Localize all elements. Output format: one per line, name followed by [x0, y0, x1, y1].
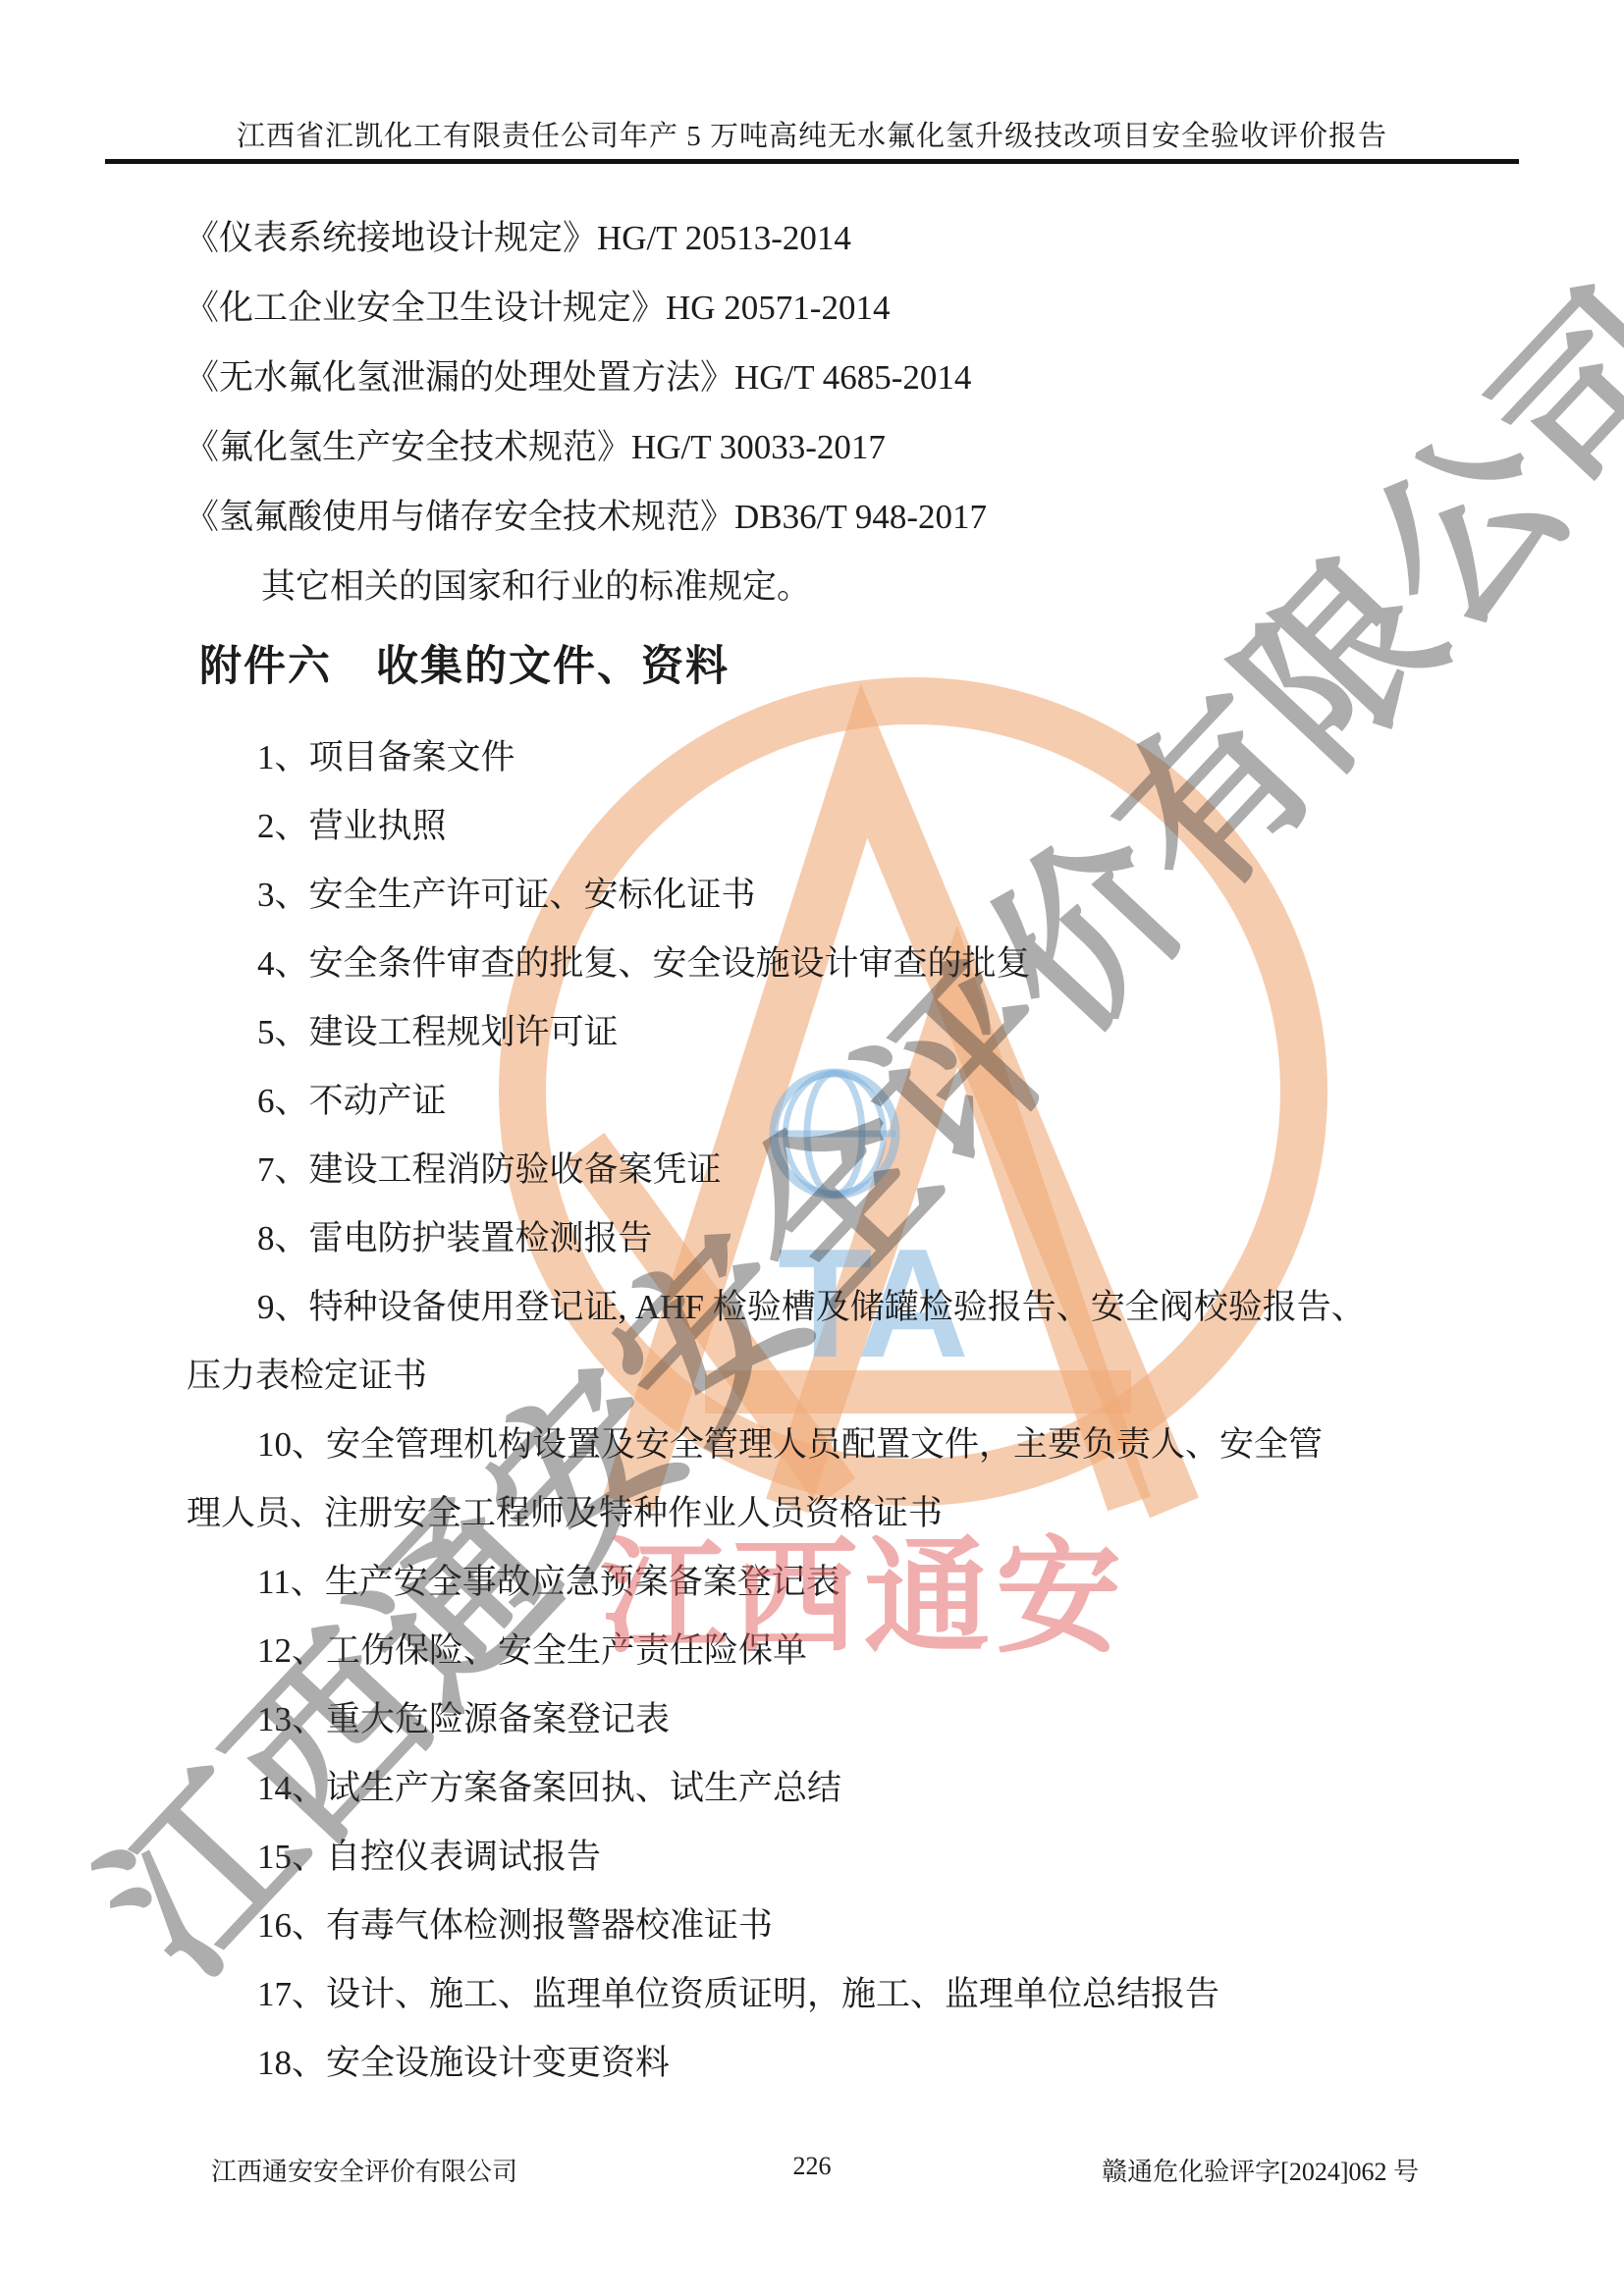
list-item: 14、试生产方案备案回执、试生产总结	[187, 1754, 1510, 1823]
header-rule	[105, 159, 1519, 164]
watermark-over-layer: 江西通安安全评价有限公司 江西通安	[0, 0, 1624, 2296]
list-item: 10、安全管理机构设置及安全管理人员配置文件，主要负责人、安全管 理人员、注册安…	[187, 1411, 1510, 1548]
list-item: 13、重大危险源备案登记表	[187, 1685, 1510, 1754]
list-item: 6、不动产证	[187, 1067, 1510, 1136]
emblem-letters: TA	[778, 1217, 965, 1390]
standard-line: 《化工企业安全卫生设计规定》HG 20571-2014	[185, 273, 1510, 343]
standard-line: 其它相关的国家和行业的标准规定。	[185, 552, 1510, 621]
list-item: 11、生产安全事故应急预案备案登记表	[187, 1548, 1510, 1617]
logo-cross-stroke	[585, 1147, 837, 1492]
list-item: 2、营业执照	[187, 792, 1510, 861]
list-item: 4、安全条件审查的批复、安全设施设计审查的批复	[187, 930, 1510, 998]
list-item: 8、雷电防护装置检测报告	[187, 1204, 1510, 1273]
list-item: 5、建设工程规划许可证	[187, 998, 1510, 1067]
page: { "header": { "title": "江西省汇凯化工有限责任公司年产 …	[0, 0, 1624, 2296]
logo-ring	[522, 701, 1304, 1482]
collected-documents-list: 1、项目备案文件2、营业执照3、安全生产许可证、安标化证书4、安全条件审查的批复…	[187, 723, 1510, 2098]
page-header-title: 江西省汇凯化工有限责任公司年产 5 万吨高纯无水氟化氢升级技改项目安全验收评价报…	[0, 114, 1624, 154]
standard-line: 《氟化氢生产安全技术规范》HG/T 30033-2017	[185, 412, 1510, 482]
company-logo-watermark: TA	[0, 0, 1624, 2296]
page-number: 226	[0, 2152, 1624, 2181]
list-item: 17、设计、施工、监理单位资质证明，施工、监理单位总结报告	[187, 1960, 1510, 2029]
standard-line: 《无水氟化氢泄漏的处理处置方法》HG/T 4685-2014	[185, 343, 1510, 412]
logo-letter-a-outer	[628, 761, 1174, 1508]
section-title: 附件六 收集的文件、资料	[199, 633, 730, 693]
red-watermark-text: 江西通安	[601, 1496, 1127, 1677]
standards-list: 《仪表系统接地设计规定》HG/T 20513-2014《化工企业安全卫生设计规定…	[185, 203, 1510, 621]
document-content: 江西省汇凯化工有限责任公司年产 5 万吨高纯无水氟化氢升级技改项目安全验收评价报…	[0, 0, 1624, 2296]
list-item: 15、自控仪表调试报告	[187, 1823, 1510, 1892]
standard-line: 《氢氟酸使用与储存安全技术规范》DB36/T 948-2017	[185, 482, 1510, 552]
standard-line: 《仪表系统接地设计规定》HG/T 20513-2014	[185, 203, 1510, 273]
list-item: 7、建设工程消防验收备案凭证	[187, 1136, 1510, 1204]
list-item: 12、工伤保险、安全生产责任险保单	[187, 1617, 1510, 1685]
footer-doc-number: 赣通危化验评字[2024]062 号	[1102, 2152, 1419, 2188]
list-item: 18、安全设施设计变更资料	[187, 2029, 1510, 2098]
watermark-under-layer: TA	[0, 0, 1624, 2296]
list-item: 9、特种设备使用登记证, AHF 检验槽及储罐检验报告、安全阀校验报告、 压力表…	[187, 1273, 1510, 1411]
globe-icon	[774, 1073, 895, 1195]
list-item: 1、项目备案文件	[187, 723, 1510, 792]
footer-company: 江西通安安全评价有限公司	[211, 2152, 517, 2188]
list-item: 3、安全生产许可证、安标化证书	[187, 861, 1510, 930]
list-item: 16、有毒气体检测报警器校准证书	[187, 1892, 1510, 1960]
diagonal-watermark-text: 江西通安安全评价有限公司	[36, 209, 1624, 1975]
logo-letter-a-inner	[787, 996, 1129, 1506]
